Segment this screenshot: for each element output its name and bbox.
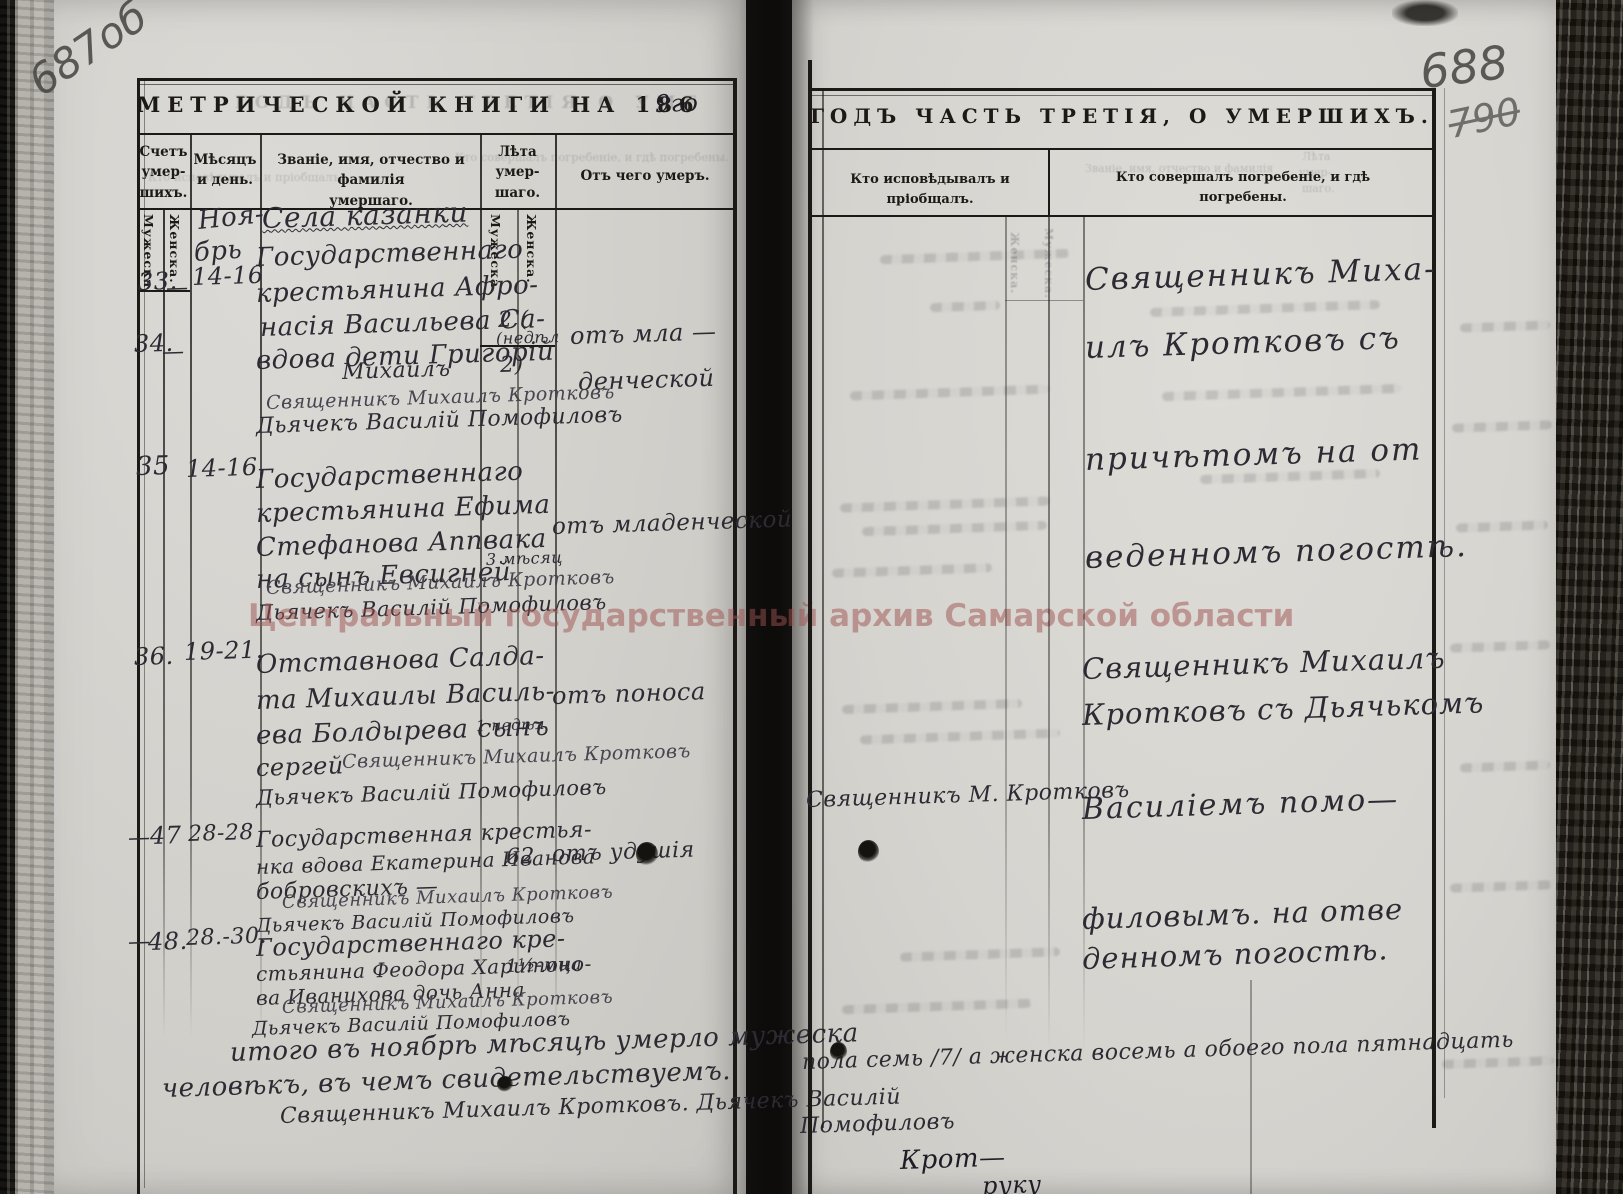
header-count-l1: Счетъ: [140, 144, 188, 160]
right-page-title: ГОДЪ ЧАСТЬ ТРЕТІЯ, О УМЕРШИХЪ.: [808, 104, 1436, 128]
entry-47-cause: отъ удушія: [552, 838, 695, 867]
ink-blot: [830, 1042, 847, 1061]
entry-48-age: 1½-мца: [506, 954, 583, 977]
header-age: Лѣтаумер-шаго.: [482, 142, 553, 203]
entry-48-number: 48.: [148, 927, 189, 956]
entry-36-line4: сергей: [256, 751, 345, 782]
entry-33-date: 14-16: [192, 261, 265, 291]
entry-36-number: 36.: [134, 642, 175, 671]
entry-35-age: 3 мѣсяц: [486, 548, 563, 569]
header-count: Счетъумер-шихъ.: [139, 142, 188, 203]
page-crease-line: [1250, 980, 1252, 1194]
entry-47-date: 28-28: [188, 820, 255, 847]
entry-34-cause-line1: отъ мла —: [570, 317, 717, 350]
signature-ruku: руку: [982, 1170, 1042, 1194]
ghost-leta: Лѣта: [1302, 150, 1330, 163]
ink-blot: [497, 1076, 513, 1092]
archive-watermark: Центральный государственный архив Самарс…: [248, 598, 1294, 634]
header-name-l1: Званіе, имя, отчество и фамилія: [277, 152, 465, 188]
village-heading: Села казанки: [261, 196, 468, 235]
ghost-umer: умер-: [1299, 166, 1331, 179]
table-rule: [1048, 215, 1050, 1050]
table-rule: [808, 88, 1436, 91]
binding-gutter-shadow: [738, 0, 814, 1194]
header-count-l3: шихъ.: [140, 185, 188, 201]
table-rule: [137, 78, 737, 81]
table-rule: [808, 95, 1436, 96]
entry-35-number: 35: [136, 451, 171, 482]
ink-blot: [858, 840, 879, 863]
table-rule: [808, 215, 1436, 217]
header-month-day: Мѣсяцъи день.: [192, 150, 258, 191]
entry-34-dash: —: [162, 339, 185, 365]
entry-33-dash: —: [166, 275, 189, 301]
table-rule: [808, 148, 1436, 150]
entry-47-dash: —: [128, 825, 151, 851]
header-cause: Отъ чего умеръ.: [557, 166, 733, 186]
entry-47-age: 62: [506, 844, 536, 870]
table-rule: [137, 78, 140, 1194]
archival-scan: 687об 688 790 МЕТРИЧЕСКОЙ КНИГИ НА 186 9…: [0, 0, 1623, 1194]
header-month-l2: и день.: [197, 172, 253, 188]
table-rule: [1005, 300, 1083, 301]
table-rule: [1432, 88, 1436, 1128]
ghost-shago: шаго.: [1302, 182, 1335, 195]
table-rule: [808, 60, 812, 1194]
header-confessed: Кто исповѣдывалъ и пріобщалъ.: [830, 170, 1030, 209]
header-age-l1: Лѣта: [498, 144, 537, 160]
entry-35-date: 14-16.: [186, 452, 267, 482]
entry-47-number: 47: [150, 821, 182, 850]
entry-36-cause: отъ поноса: [552, 677, 707, 710]
ghost-zvanie-header: Званіе, имя, отчество и фамилія: [1085, 162, 1300, 175]
entry-36-date: 19-21.: [184, 635, 265, 665]
header-count-l2: умер-: [141, 164, 185, 180]
header-age-l3: шаго.: [495, 185, 540, 201]
table-rule: [137, 84, 737, 85]
ghost-female-label: Женска.: [1008, 232, 1021, 294]
book-edge-left-texture: [0, 0, 54, 1194]
ghost-male-label: Мужеска.: [1042, 228, 1055, 299]
table-rule: [1048, 148, 1050, 215]
ghost-mirror-title: ГОДЪ ЧАСТЬ ТРЕТІЯ О УМЕРШИХЪ: [235, 93, 705, 113]
table-rule: [1005, 215, 1007, 1040]
table-rule: [822, 88, 824, 1128]
table-rule: [1444, 88, 1445, 1098]
book-edge-right-texture: [1556, 0, 1623, 1194]
ink-blot: [636, 842, 658, 866]
header-month-l1: Мѣсяцъ: [194, 152, 257, 168]
header-age-l2: умер-: [495, 164, 539, 180]
table-rule: [137, 133, 737, 135]
entry-36-age: 1 недѣл: [476, 715, 545, 735]
entry-34-line2: Михаилъ: [342, 357, 451, 385]
ink-smudge-top-right: [1392, 0, 1458, 26]
